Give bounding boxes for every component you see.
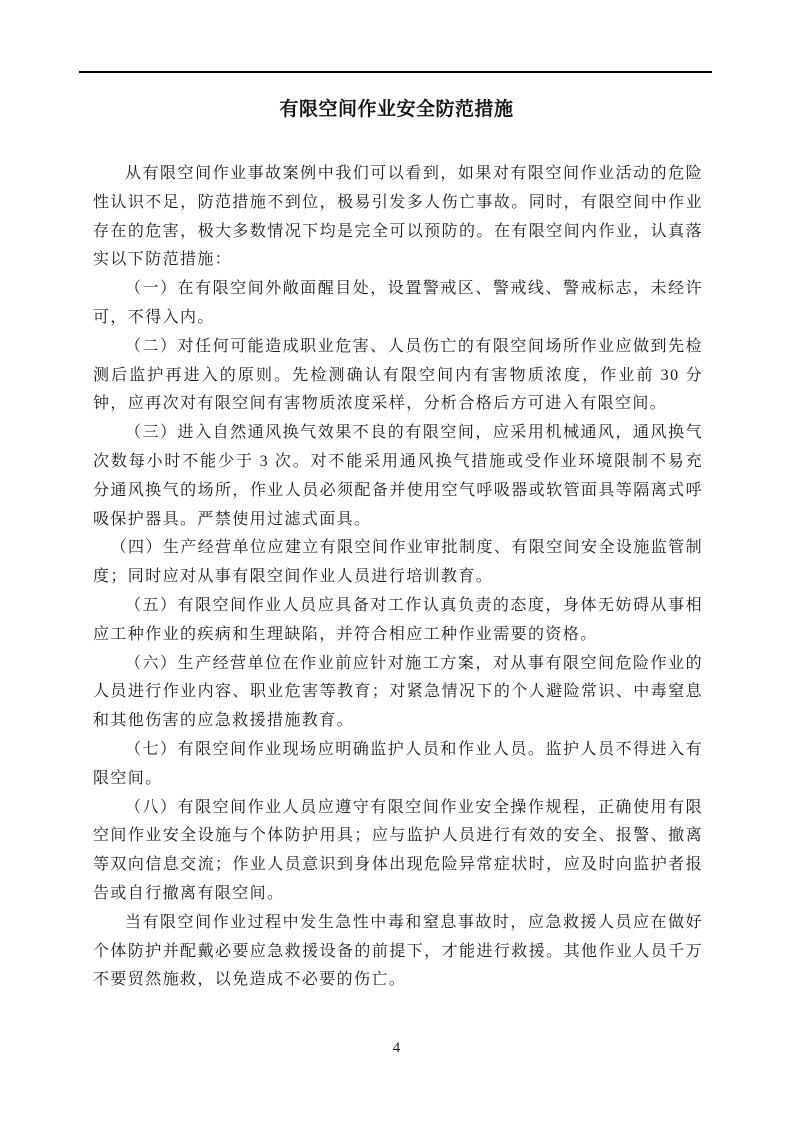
measure-item-6: （六）生产经营单位在作业前应针对施工方案，对从事有限空间危险作业的人员进行作业内… [93, 650, 703, 736]
measure-item-4: （四）生产经营单位应建立有限空间作业审批制度、有限空间安全设施监管制度；同时应对… [93, 534, 703, 592]
measure-item-7: （七）有限空间作业现场应明确监护人员和作业人员。监护人员不得进入有限空间。 [93, 736, 703, 794]
rescue-paragraph: 当有限空间作业过程中发生急性中毒和窒息事故时，应急救援人员应在做好个体防护并配戴… [93, 909, 703, 995]
measure-item-3: （三）进入自然通风换气效果不良的有限空间，应采用机械通风，通风换气次数每小时不能… [93, 419, 703, 534]
intro-paragraph: 从有限空间作业事故案例中我们可以看到，如果对有限空间作业活动的危险性认识不足，防… [93, 160, 703, 275]
document-body: 从有限空间作业事故案例中我们可以看到，如果对有限空间作业活动的危险性认识不足，防… [93, 160, 703, 995]
page-number: 4 [0, 1038, 793, 1058]
measure-item-1: （一）在有限空间外敞面醒目处，设置警戒区、警戒线、警戒标志，未经许可，不得入内。 [93, 275, 703, 333]
page-title: 有限空间作业安全防范措施 [0, 95, 793, 125]
measure-item-5: （五）有限空间作业人员应具备对工作认真负责的态度，身体无妨碍从事相应工种作业的疾… [93, 592, 703, 650]
measure-item-2: （二）对任何可能造成职业危害、人员伤亡的有限空间场所作业应做到先检测后监护再进入… [93, 333, 703, 419]
measure-item-8: （八）有限空间作业人员应遵守有限空间作业安全操作规程，正确使用有限空间作业安全设… [93, 794, 703, 909]
header-rule [79, 71, 712, 73]
document-page: 有限空间作业安全防范措施 从有限空间作业事故案例中我们可以看到，如果对有限空间作… [0, 0, 793, 1122]
